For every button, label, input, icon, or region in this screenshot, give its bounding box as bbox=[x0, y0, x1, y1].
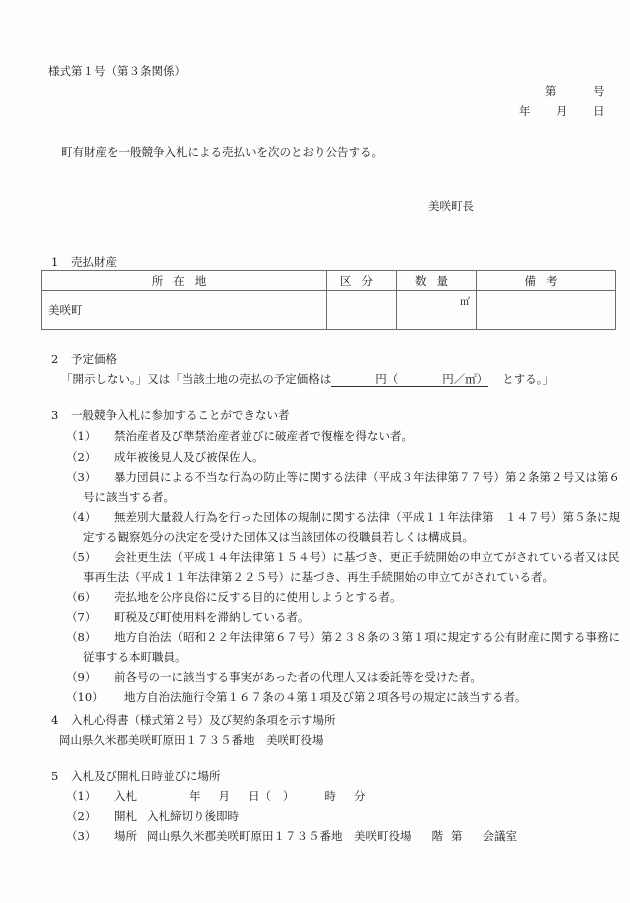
cell-category bbox=[327, 291, 397, 330]
exclusion-item-6: （6）売払地を公序良俗に反する目的に使用しようとする者。 bbox=[66, 590, 402, 604]
opening-time: （2）開札入札締切り後即時 bbox=[66, 809, 239, 823]
bid-location: （3）場所岡山県久米郡美咲町原田１７３５番地 美咲町役場階第会議室 bbox=[66, 829, 517, 843]
cell-location: 美咲町 bbox=[42, 291, 327, 330]
date-month: 月 bbox=[556, 104, 568, 118]
col-quantity: 数量 bbox=[397, 271, 477, 291]
exclusion-item-5-cont: 事再生法（平成１１年法律第２２５号）に基づき、再生手続開始の申立てがされている者… bbox=[83, 570, 554, 584]
table-header-row: 所在地 区分 数量 備考 bbox=[42, 271, 616, 291]
exclusion-item-7: （7）町税及び町使用料を滞納している者。 bbox=[66, 610, 310, 624]
col-location: 所在地 bbox=[42, 271, 327, 291]
col-category: 区分 bbox=[327, 271, 397, 291]
table-row: 美咲町 ㎡ bbox=[42, 291, 616, 330]
signer: 美咲町長 bbox=[428, 199, 474, 213]
exclusion-item-4: （4）無差別大量殺人行為を行った団体の規制に関する法律（平成１１年法律第 １４７… bbox=[66, 510, 620, 524]
exclusion-item-3-cont: 号に該当する者。 bbox=[83, 490, 175, 504]
section-4-address: 岡山県久米郡美咲町原田１７３５番地 美咲町役場 bbox=[59, 733, 324, 747]
document-number: 第 号 bbox=[0, 84, 605, 98]
exclusion-item-10: （10）地方自治法施行令第１６７条の４第１項及び第２項各号の規定に該当する者。 bbox=[66, 690, 527, 704]
date-day: 日 bbox=[593, 104, 605, 118]
exclusion-item-9: （9）前各号の一に該当する事実があった者の代理人又は委託等を受けた者。 bbox=[66, 670, 482, 684]
section-3-title: 3一般競争入札に参加することができない者 bbox=[51, 408, 290, 422]
section-2-title: 2予定価格 bbox=[51, 352, 117, 366]
cell-quantity: ㎡ bbox=[397, 291, 477, 330]
price-blank: 円（円／㎡） bbox=[331, 372, 488, 387]
planned-price-line: 「開示しない。」又は「当該土地の売払の予定価格は円（円／㎡）とする。」 bbox=[61, 372, 554, 387]
exclusion-item-1: （1）禁治産者及び準禁治産者並びに破産者で復権を得ない者。 bbox=[66, 429, 413, 443]
intro-statement: 町有財産を一般競争入札による売払いを次のとおり公告する。 bbox=[61, 145, 383, 159]
exclusion-item-8-cont: 従事する本町職員。 bbox=[83, 650, 187, 664]
document-date: 年 月 日 bbox=[0, 104, 605, 118]
property-table: 所在地 区分 数量 備考 美咲町 ㎡ bbox=[41, 270, 616, 330]
section-4-title: 4入札心得書（様式第２号）及び契約条項を示す場所 bbox=[51, 713, 336, 727]
section-5-title: 5入札及び開札日時並びに場所 bbox=[51, 769, 221, 783]
section-1-title: 1売払財産 bbox=[51, 255, 117, 269]
exclusion-item-8: （8）地方自治法（昭和２２年法律第６７号）第２３８条の３第１項に規定する公有財産… bbox=[66, 630, 620, 644]
form-number: 様式第１号（第３条関係） bbox=[48, 64, 186, 78]
exclusion-item-3: （3）暴力団員による不当な行為の防止等に関する法律（平成３年法律第７７号）第２条… bbox=[66, 470, 620, 484]
exclusion-item-5: （5）会社更生法（平成１４年法律第１５４号）に基づき、更正手続開始の申立てがされ… bbox=[66, 550, 620, 564]
doc-number-suffix: 号 bbox=[593, 84, 605, 98]
doc-number-prefix: 第 bbox=[545, 84, 557, 98]
col-remarks: 備考 bbox=[477, 271, 616, 291]
date-year: 年 bbox=[519, 104, 531, 118]
cell-remarks bbox=[477, 291, 616, 330]
exclusion-item-4-cont: 定する観察処分の決定を受けた団体又は当該団体の役職員若しくは構成員。 bbox=[83, 530, 474, 544]
bid-datetime: （1）入札年月日（）時分 bbox=[66, 789, 366, 803]
exclusion-item-2: （2）成年被後見人及び被保佐人。 bbox=[66, 450, 264, 464]
